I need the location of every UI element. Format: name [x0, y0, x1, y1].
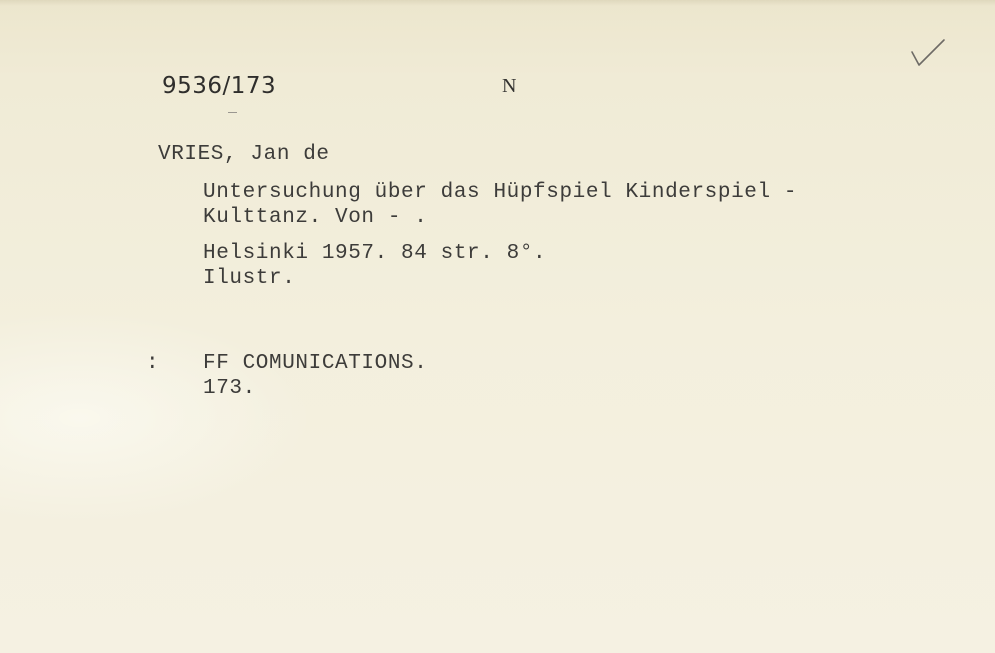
series-number: 173. [203, 377, 256, 401]
illustrations-note: Ilustr. [203, 267, 295, 291]
title-line-2: Kulttanz. Von - . [203, 206, 427, 230]
series-name: FF COMUNICATIONS. [203, 352, 427, 376]
pencil-dash-mark [228, 112, 237, 113]
series-marker: : [146, 352, 159, 376]
checkmark-icon [908, 36, 948, 70]
title-line-1: Untersuchung über das Hüpfspiel Kindersp… [203, 181, 797, 205]
call-number: 9536/173 [162, 74, 276, 98]
location-code: N [502, 74, 517, 98]
catalog-card: 9536/173 N VRIES, Jan de Untersuchung üb… [0, 0, 995, 653]
author-heading: VRIES, Jan de [158, 143, 330, 167]
imprint-line: Helsinki 1957. 84 str. 8°. [203, 242, 546, 266]
